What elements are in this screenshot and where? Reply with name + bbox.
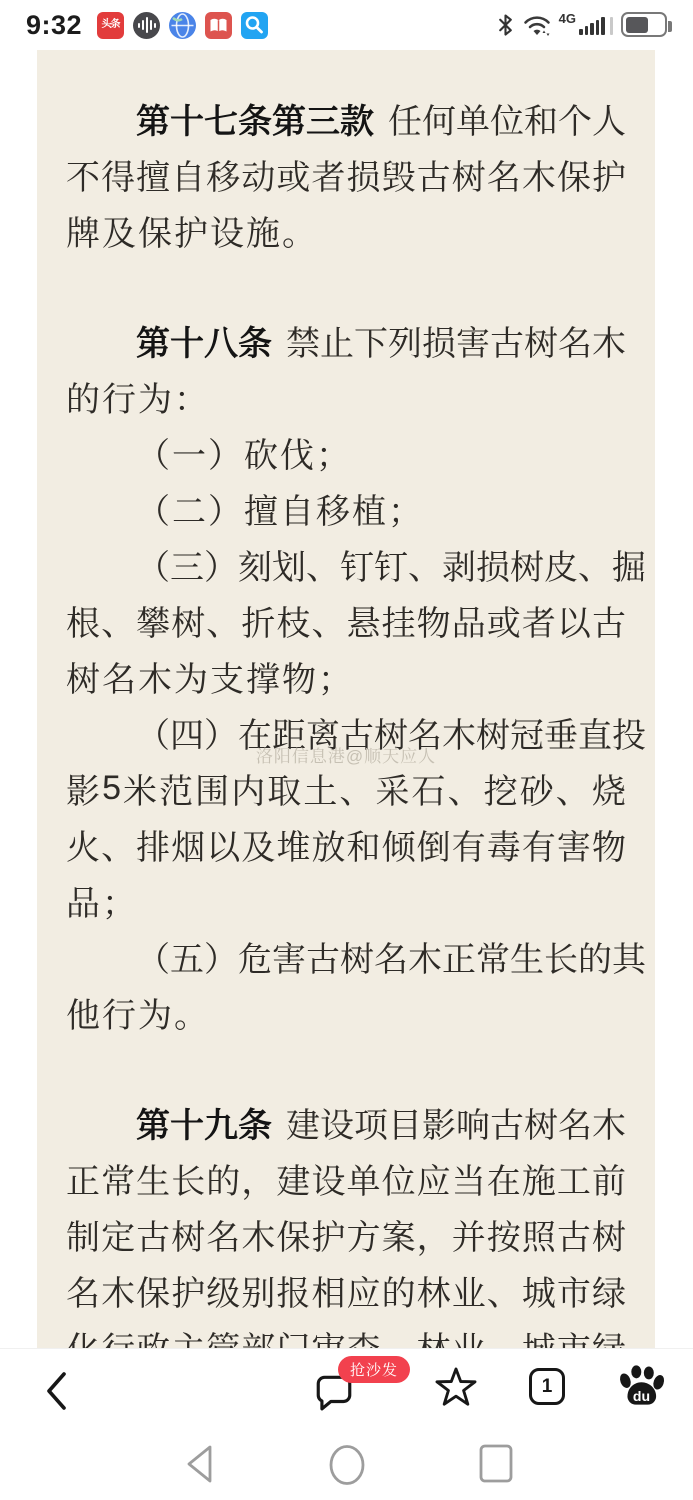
wifi-icon xyxy=(523,13,551,38)
nav-home-button[interactable] xyxy=(326,1442,368,1491)
nav-back-button[interactable] xyxy=(182,1442,222,1489)
cellular-signal-icon: 4G xyxy=(559,12,613,38)
status-bar-right: 4G xyxy=(496,12,667,38)
nav-recents-button[interactable] xyxy=(476,1442,516,1489)
article-paragraph: （二）擅自移植； xyxy=(66,480,626,536)
article-paragraph: 第十七条第三款任何单位和个人不得擅自移动或者损毁古树名木保护牌及保护设施。 xyxy=(66,90,626,258)
article-section: 第十九条建设项目影响古树名木正常生长的，建设单位应当在施工前制定古树名木保护方案… xyxy=(66,1094,626,1348)
toutiao-label: 头条 xyxy=(102,20,120,30)
article-line: （三）刻划、钉钉、剥损树皮、掘 xyxy=(66,536,626,592)
article-paragraph: （三）刻划、钉钉、剥损树皮、掘根、攀树、折枝、悬挂物品或者以古树名木为支撑物； xyxy=(66,536,626,704)
article-line: 他行为。 xyxy=(66,984,626,1040)
clock: 9:32 xyxy=(26,10,82,41)
nav-back-triangle-icon xyxy=(182,1442,222,1486)
star-icon xyxy=(435,1367,477,1409)
article-line: 品； xyxy=(66,872,626,928)
toutiao-news-icon: 头条 xyxy=(97,12,124,39)
article-line: 火、排烟以及堆放和倾倒有毒有害物 xyxy=(66,816,626,872)
article-line: 树名木为支撑物； xyxy=(66,648,626,704)
watermark: 洛阳信息港@顺天应人 xyxy=(37,742,655,767)
article-line: 第十七条第三款任何单位和个人 xyxy=(66,90,626,146)
voice-recorder-icon xyxy=(133,12,160,39)
phone-screen: 9:32 头条 xyxy=(0,0,693,1500)
browser-globe-icon xyxy=(169,12,196,39)
article-line: （五）危害古树名木正常生长的其 xyxy=(66,928,626,984)
network-type-label: 4G xyxy=(559,11,576,26)
article-paragraph: （五）危害古树名木正常生长的其他行为。 xyxy=(66,928,626,1040)
back-button[interactable] xyxy=(42,1369,70,1416)
search-app-icon xyxy=(241,12,268,39)
status-bar: 9:32 头条 xyxy=(0,0,693,50)
article-line: 名木保护级别报相应的林业、城市绿 xyxy=(66,1262,626,1318)
android-nav-bar xyxy=(0,1432,693,1500)
article-line: 根、攀树、折枝、悬挂物品或者以古 xyxy=(66,592,626,648)
tab-count-button[interactable]: 1 xyxy=(529,1368,565,1405)
article-line: 正常生长的，建设单位应当在施工前 xyxy=(66,1150,626,1206)
battery-icon xyxy=(621,12,667,37)
article-line: 影5米范围内取土、采石、挖砂、烧 xyxy=(66,760,626,816)
bottom-toolbar: 抢沙发 1 du xyxy=(0,1348,693,1432)
article-line: 制定古树名木保护方案，并按照古树 xyxy=(66,1206,626,1262)
article-section: 第十七条第三款任何单位和个人不得擅自移动或者损毁古树名木保护牌及保护设施。 xyxy=(66,90,626,258)
nav-recents-square-icon xyxy=(476,1442,516,1486)
favorite-star-button[interactable] xyxy=(435,1367,477,1412)
article-line: 不得擅自移动或者损毁古树名木保护 xyxy=(66,146,626,202)
article-line: 化行政主管部门审查，林业、城市绿 xyxy=(66,1318,626,1348)
bluetooth-icon xyxy=(496,12,515,38)
baidu-paw-icon: du xyxy=(616,1364,666,1412)
article-line: 第十九条建设项目影响古树名木 xyxy=(66,1094,626,1150)
baidu-home-button[interactable]: du xyxy=(616,1364,666,1415)
article-section: 第十八条禁止下列损害古树名木的行为：（一）砍伐；（二）擅自移植；（三）刻划、钉钉… xyxy=(66,312,626,1040)
signal-bars xyxy=(579,16,613,38)
article-line: 第十八条禁止下列损害古树名木 xyxy=(66,312,626,368)
article-paragraph: （四）在距离古树名木树冠垂直投影5米范围内取土、采石、挖砂、烧火、排烟以及堆放和… xyxy=(66,704,626,928)
article-paragraph: 第十八条禁止下列损害古树名木的行为： xyxy=(66,312,626,424)
tab-count: 1 xyxy=(542,1376,553,1398)
article-line: 的行为： xyxy=(66,368,626,424)
article-line: 牌及保护设施。 xyxy=(66,202,626,258)
baidu-du-label: du xyxy=(633,1388,650,1404)
article-body: 第十七条第三款任何单位和个人不得擅自移动或者损毁古树名木保护牌及保护设施。第十八… xyxy=(66,90,626,1348)
nav-home-circle-icon xyxy=(326,1442,368,1488)
article-paragraph: （一）砍伐； xyxy=(66,424,626,480)
status-bar-left: 9:32 头条 xyxy=(26,10,268,41)
article-line: （一）砍伐； xyxy=(66,424,626,480)
article-paragraph: 第十九条建设项目影响古树名木正常生长的，建设单位应当在施工前制定古树名木保护方案… xyxy=(66,1094,626,1348)
waveform-glyph xyxy=(138,17,156,33)
article-line: （二）擅自移植； xyxy=(66,480,626,536)
first-comment-badge[interactable]: 抢沙发 xyxy=(338,1356,410,1383)
article-page: 第十七条第三款任何单位和个人不得擅自移动或者损毁古树名木保护牌及保护设施。第十八… xyxy=(37,50,655,1348)
reader-book-icon xyxy=(205,12,232,39)
